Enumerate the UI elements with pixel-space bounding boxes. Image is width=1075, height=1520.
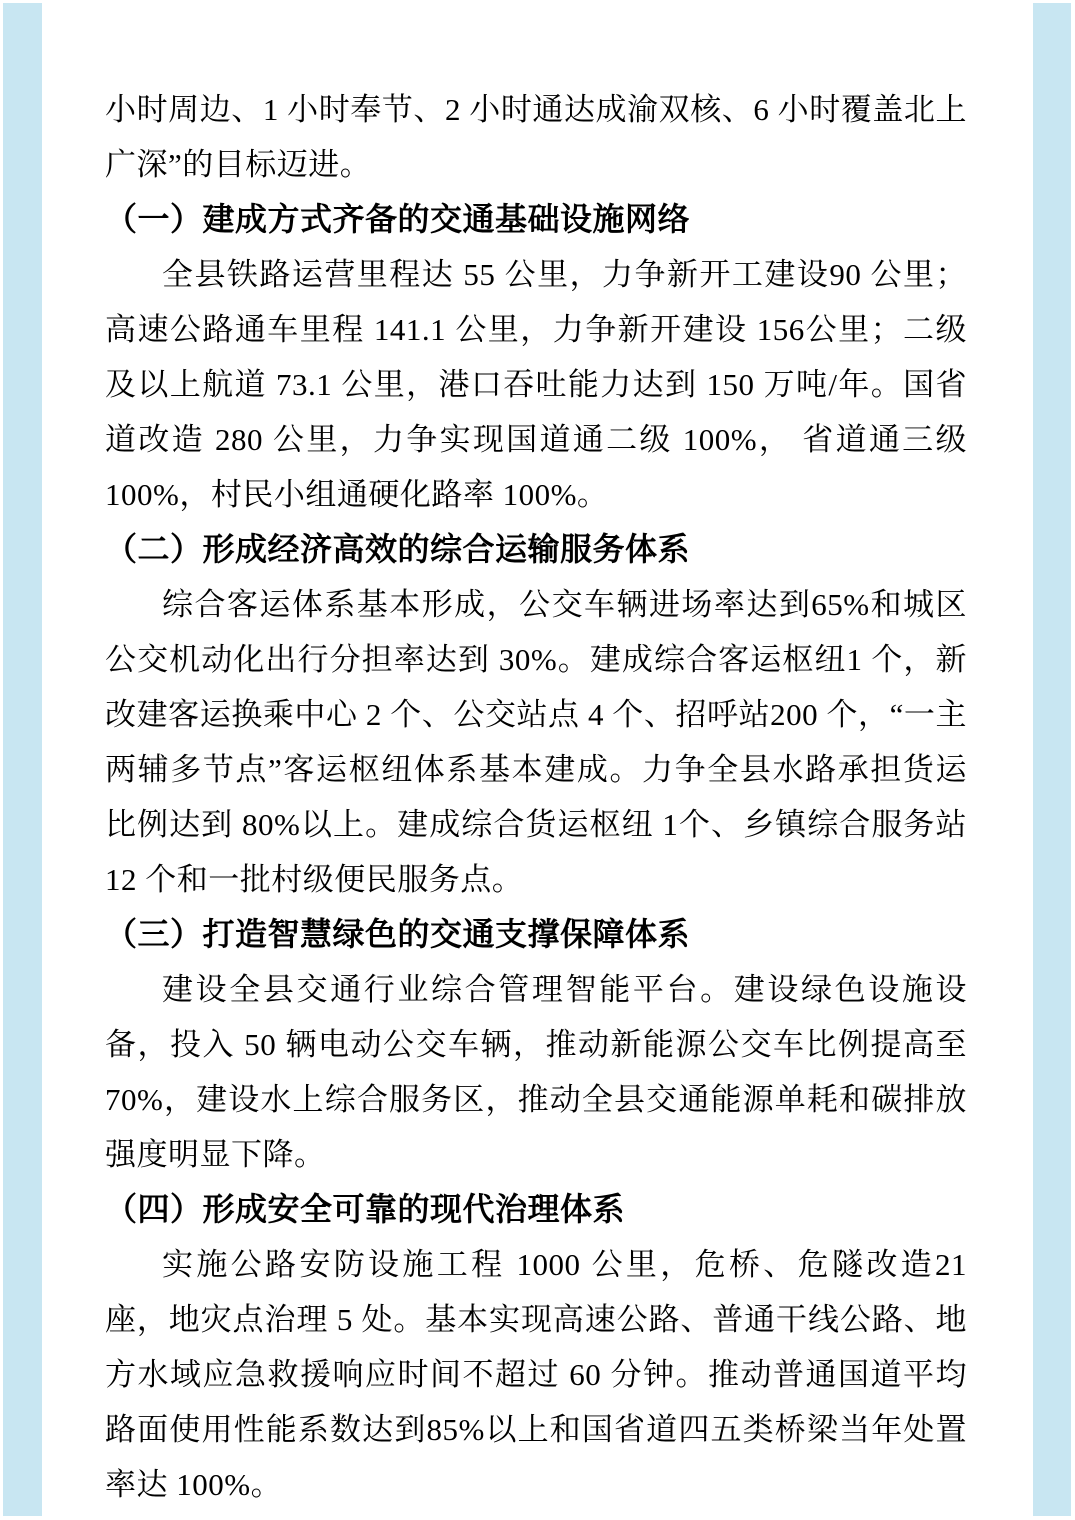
right-border-strip <box>1033 3 1071 1516</box>
section-1-body: 全县铁路运营里程达 55 公里，力争新开工建设90 公里；高速公路通车里程 14… <box>105 247 967 522</box>
section-4-body: 实施公路安防设施工程 1000 公里，危桥、危隧改造21 座，地灾点治理 5 处… <box>105 1237 967 1512</box>
paragraph-continuation: 小时周边、1 小时奉节、2 小时通达成渝双核、6 小时覆盖北上广深”的目标迈进。 <box>105 82 967 192</box>
section-2-body: 综合客运体系基本形成，公交车辆进场率达到65%和城区公交机动化出行分担率达到 3… <box>105 577 967 907</box>
section-3-heading: （三）打造智慧绿色的交通支撑保障体系 <box>105 907 967 962</box>
section-4-heading: （四）形成安全可靠的现代治理体系 <box>105 1182 967 1237</box>
section-1-heading: （一）建成方式齐备的交通基础设施网络 <box>105 192 967 247</box>
document-content: 小时周边、1 小时奉节、2 小时通达成渝双核、6 小时覆盖北上广深”的目标迈进。… <box>105 82 967 1512</box>
document-page: 小时周边、1 小时奉节、2 小时通达成渝双核、6 小时覆盖北上广深”的目标迈进。… <box>0 0 1075 1520</box>
left-border-strip <box>3 3 42 1516</box>
section-2-heading: （二）形成经济高效的综合运输服务体系 <box>105 522 967 577</box>
section-3-body: 建设全县交通行业综合管理智能平台。建设绿色设施设备，投入 50 辆电动公交车辆，… <box>105 962 967 1182</box>
